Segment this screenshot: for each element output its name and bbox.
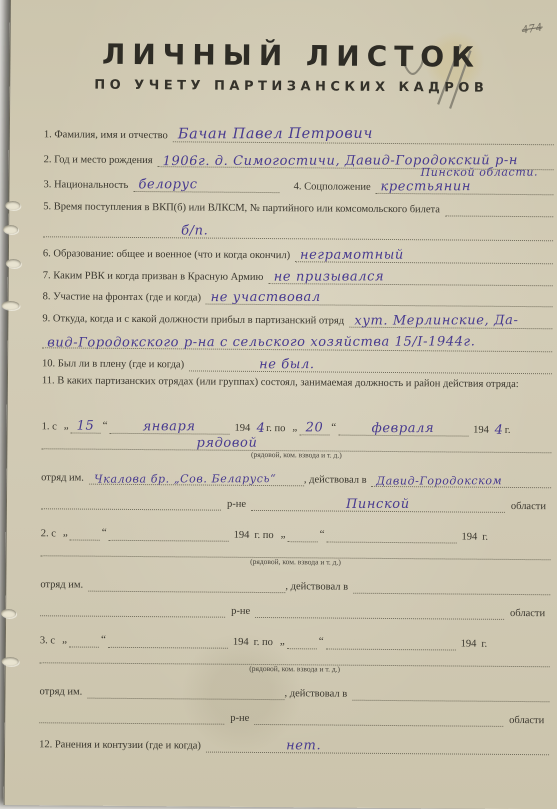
quote-close: “ <box>99 634 108 648</box>
otryad-label: отряд им. <box>40 578 88 591</box>
acted-label: , действовал в <box>285 580 353 594</box>
quote-close: “ <box>317 636 326 650</box>
oblast-label: области <box>504 607 550 620</box>
field-captivity-label: 10. Был ли в плену (где и когда) <box>42 357 189 371</box>
field-arrival-line2: вид-Городокского р-на с сельского хозяйс… <box>42 325 552 352</box>
quote-open: „ <box>279 528 288 542</box>
entry-district-row: р-не области <box>39 700 549 727</box>
year-prefix: 194 <box>456 637 482 650</box>
entry-district-value: Пинской <box>341 498 415 511</box>
entry-otryad-row: отряд им. Чкалова бр. „Сов. Беларусь“ , … <box>41 462 551 488</box>
field-arrival-value2: вид-Городокского р-на с сельского хозяйс… <box>42 336 480 349</box>
entry-number: 3. с <box>40 634 60 647</box>
field-birth-label: 2. Год и место рождения <box>44 153 158 167</box>
field-party: 5. Время поступления в ВКП(б) или ВЛКСМ,… <box>43 191 553 217</box>
entry-date-row: 1. с „ 15 “ января 194 4 г. по „ 20 “ фе… <box>42 408 552 437</box>
oblast-label: области <box>503 714 549 727</box>
field-birth-note: Пинской области. <box>416 168 544 179</box>
entry-month-to: февраля <box>367 423 440 436</box>
service-entry-3: 3. с „ “ 194 г. по „ “ 194 г. (рядовой, … <box>39 622 550 727</box>
field-education-label: 6. Образование: общее и военное (что и к… <box>43 247 295 262</box>
quote-open: „ <box>60 634 69 648</box>
field-arrival-label: 9. Откуда, когда и с какой должности при… <box>42 312 349 328</box>
year-prefix: 194 <box>229 422 255 435</box>
field-rvk-value: не призывался <box>268 271 388 284</box>
field-party-value: б/п. <box>176 225 213 237</box>
field-nationality-label: 3. Национальность <box>43 178 133 192</box>
punch-hole <box>6 259 21 268</box>
acted-label: , действовал в <box>285 687 353 701</box>
year-prefix: 194 <box>229 529 255 542</box>
field-fronts: 8. Участие на фронтах (где и когда) не у… <box>43 282 553 307</box>
quote-open: „ <box>61 527 70 541</box>
entry-number: 2. с <box>41 527 61 540</box>
year-prefix: 194 <box>228 636 254 649</box>
punch-hole <box>5 201 20 210</box>
field-wounds: 12. Ранения и контузии (где и когда) нет… <box>39 727 549 755</box>
rne-label: р-не <box>224 712 254 725</box>
field-rvk-label: 7. Каким РВК и когда призван в Красную А… <box>43 269 269 284</box>
field-rvk: 7. Каким РВК и когда призван в Красную А… <box>43 260 553 286</box>
form-header: ЛИЧНЫЙ ЛИСТОК ПО УЧЕТУ ПАРТИЗАНСКИХ КАДР… <box>10 37 557 96</box>
service-entry-2: 2. с „ “ 194 г. по „ “ 194 г. (рядовой, … <box>40 515 551 620</box>
field-wounds-label: 12. Ранения и контузии (где и когда) <box>39 738 206 752</box>
entry-year-to: 4 <box>494 424 505 436</box>
punch-hole <box>3 225 18 234</box>
entry-district-row: р-не Пинской области <box>41 486 551 513</box>
quote-close: “ <box>329 422 338 436</box>
quote-open: „ <box>290 421 299 435</box>
field-birth: 2. Год и место рождения 1906г. д. Симого… <box>44 141 554 170</box>
entry-date-row: 3. с „ “ 194 г. по „ “ 194 г. <box>40 622 550 651</box>
field-surname-value: Бачан Павел Петрович <box>173 128 378 142</box>
service-entry-1: 1. с „ 15 “ января 194 4 г. по „ 20 “ фе… <box>41 408 552 513</box>
field-social-value: крестьянин <box>376 181 477 194</box>
field-surname-label: 1. Фамилия, имя и отчество <box>44 128 173 142</box>
field-captivity-value: не был. <box>254 359 320 372</box>
scanned-paper: 474 ЛИЧНЫЙ ЛИСТОК ПО УЧЕТУ ПАРТИЗАНСКИХ … <box>4 0 557 792</box>
field-wounds-value: нет. <box>281 740 326 752</box>
punch-hole <box>2 657 19 666</box>
g-po-label: г. по <box>254 529 278 542</box>
year-prefix: 194 <box>456 530 482 543</box>
g-label: г. <box>481 638 492 651</box>
field-party-value-line: б/п. <box>43 213 553 241</box>
entry-acted-value: Давид-Городокском <box>372 476 508 487</box>
field-social-label: 4. Соцположение <box>280 180 376 194</box>
otryad-label: отряд им. <box>39 685 87 698</box>
entry-otryad-row: отряд им. , действовал в <box>39 676 549 702</box>
otryad-label: отряд им. <box>41 471 89 484</box>
quote-close: “ <box>100 527 109 541</box>
page-title: ЛИЧНЫЙ ЛИСТОК <box>10 37 557 74</box>
g-label: г. <box>505 424 516 437</box>
pencil-number-crossed: 474 <box>521 20 544 38</box>
field-fronts-label: 8. Участие на фронтах (где и когда) <box>43 290 206 304</box>
entry-district-row: р-не области <box>40 593 550 620</box>
page-subtitle: ПО УЧЕТУ ПАРТИЗАНСКИХ КАДРОВ <box>10 77 557 96</box>
rne-label: р-не <box>221 498 251 511</box>
year-prefix: 194 <box>468 423 494 436</box>
field-detachments-label: 11. В каких партизанских отрядах (или гр… <box>42 373 552 412</box>
quote-close: “ <box>318 529 327 543</box>
g-po-label: г. по <box>254 636 278 649</box>
g-po-label: г. по <box>266 422 290 435</box>
field-fronts-value: не участвовал <box>206 292 326 305</box>
field-arrival-value1: хут. Мерлинские, Да- <box>349 315 523 328</box>
quote-open: „ <box>278 635 287 649</box>
rne-label: р-не <box>225 605 255 618</box>
punch-hole <box>1 609 16 618</box>
entry-day-to: 20 <box>300 422 328 434</box>
field-education-value: неграмотный <box>295 249 409 262</box>
field-nationality-value: белорус <box>133 179 202 192</box>
quote-open: „ <box>62 420 71 434</box>
entry-number: 1. с <box>42 420 62 433</box>
entry-otryad-row: отряд им. , действовал в <box>40 569 550 595</box>
entry-day-from: 15 <box>72 420 100 432</box>
field-captivity: 10. Был ли в плену (где и когда) не был. <box>42 348 552 374</box>
acted-label: , действовал в <box>304 473 372 487</box>
quote-close: “ <box>101 420 110 434</box>
field-arrival: 9. Откуда, когда и с какой должности при… <box>42 303 552 329</box>
entry-date-row: 2. с „ “ 194 г. по „ “ 194 г. <box>41 515 551 544</box>
entry-month-from: января <box>138 421 201 434</box>
entry-year-from: 4 <box>255 423 266 435</box>
form-body: 1. Фамилия, имя и отчество Бачан Павел П… <box>39 119 554 755</box>
entry-otryad-value: Чкалова бр. „Сов. Беларусь“ <box>89 474 281 485</box>
field-education: 6. Образование: общее и военное (что и к… <box>43 237 553 264</box>
g-label: г. <box>482 531 493 544</box>
entry-position-value: рядовой <box>191 437 262 450</box>
oblast-label: области <box>505 500 551 513</box>
punch-hole <box>2 301 20 310</box>
